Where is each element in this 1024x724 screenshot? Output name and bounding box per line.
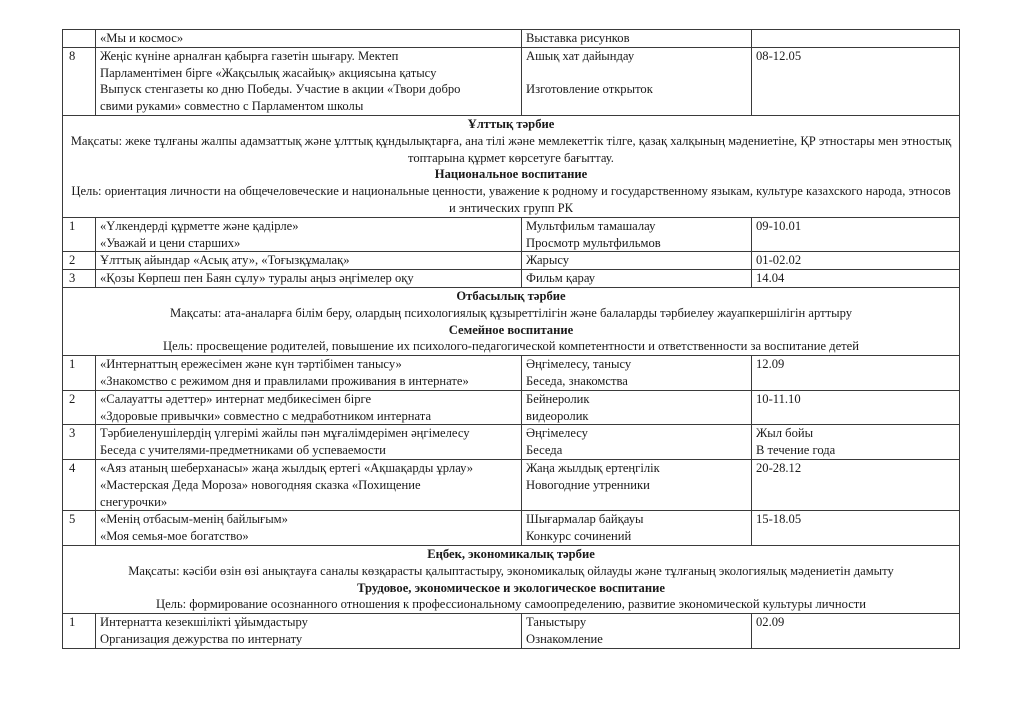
event-form-line: Изготовление открыток xyxy=(526,81,747,98)
event-form-cell: ТаныстыруОзнакомление xyxy=(522,614,752,649)
event-date-cell: 01-02.02 xyxy=(752,252,960,270)
event-date-line: 10-11.10 xyxy=(756,391,955,408)
section-title-ru: Национальное воспитание xyxy=(69,166,953,183)
event-date-cell: 08-12.05 xyxy=(752,47,960,115)
event-name-line: Ұлттық айындар «Асық ату», «Тоғызқұмалақ… xyxy=(100,252,517,269)
section-header-row: Еңбек, экономикалық тәрбие Мақсаты: кәсі… xyxy=(63,545,960,613)
row-number: 1 xyxy=(63,217,96,252)
event-form-cell: Шығармалар байқауыКонкурс сочинений xyxy=(522,511,752,546)
event-name-line: «Қозы Көрпеш пен Баян сұлу» туралы аңыз … xyxy=(100,270,517,287)
event-name-line: «Мастерская Деда Мороза» новогодняя сказ… xyxy=(100,477,517,494)
section-header-row: Ұлттық тәрбие Мақсаты: жеке тұлғаны жалп… xyxy=(63,115,960,217)
event-name-cell: «Аяз атаның шеберханасы» жаңа жылдық ерт… xyxy=(96,459,522,510)
event-form-line: Беседа xyxy=(526,442,747,459)
event-form-line: Бейнеролик xyxy=(526,391,747,408)
event-form-cell: Ашық хат дайындауИзготовление открыток xyxy=(522,47,752,115)
event-date-cell: Жыл бойыВ течение года xyxy=(752,425,960,460)
event-date-line: 20-28.12 xyxy=(756,460,955,477)
event-name-cell: Жеңіс күніне арналған қабырға газетін шы… xyxy=(96,47,522,115)
table-row: 8 Жеңіс күніне арналған қабырға газетін … xyxy=(63,47,960,115)
event-date-cell: 10-11.10 xyxy=(752,390,960,425)
event-name-line: Выпуск стенгазеты ко дню Победы. Участие… xyxy=(100,81,517,98)
event-date-cell: 14.04 xyxy=(752,270,960,288)
event-name-line: «Мы и космос» xyxy=(100,30,517,47)
plan-table: «Мы и космос» Выставка рисунков 8 Жеңіс … xyxy=(62,29,960,649)
event-form-cell: Фильм қарау xyxy=(522,270,752,288)
event-name-line: «Уважай и цени старших» xyxy=(100,235,517,252)
event-form-cell: Әңгімелесу, танысуБеседа, знакомства xyxy=(522,356,752,391)
event-date-cell: 09-10.01 xyxy=(752,217,960,252)
event-name-line: Парламентімен бірге «Жақсылық жасайық» а… xyxy=(100,65,517,82)
event-name-line: Жеңіс күніне арналған қабырға газетін шы… xyxy=(100,48,517,65)
table-row: «Мы и космос» Выставка рисунков xyxy=(63,30,960,48)
event-form-cell: Жарысу xyxy=(522,252,752,270)
event-form-line: видеоролик xyxy=(526,408,747,425)
table-row: 5 «Менің отбасым-менің байлығым»«Моя сем… xyxy=(63,511,960,546)
event-name-line: «Аяз атаның шеберханасы» жаңа жылдық ерт… xyxy=(100,460,517,477)
table-row: 1 «Үлкендерді құрметте және қадірле»«Ува… xyxy=(63,217,960,252)
event-name-line: свими руками» совместно с Парламентом шк… xyxy=(100,98,517,115)
event-date-line: 12.09 xyxy=(756,356,955,373)
event-form-cell: Выставка рисунков xyxy=(522,30,752,48)
table-row: 1 «Интернаттың ережесімен және күн тәрті… xyxy=(63,356,960,391)
row-number: 2 xyxy=(63,390,96,425)
event-date-cell: 12.09 xyxy=(752,356,960,391)
event-form-line: Фильм қарау xyxy=(526,270,747,287)
row-number: 3 xyxy=(63,425,96,460)
event-form-line: Ознакомление xyxy=(526,631,747,648)
event-form-line: Жаңа жылдық ертеңгілік xyxy=(526,460,747,477)
section-goal-ru: Цель: ориентация личности на общечеловеч… xyxy=(69,183,953,217)
event-form-cell: ӘңгімелесуБеседа xyxy=(522,425,752,460)
row-number: 5 xyxy=(63,511,96,546)
row-number xyxy=(63,30,96,48)
event-name-line: Организация дежурства по интернату xyxy=(100,631,517,648)
event-form-cell: Мультфильм тамашалауПросмотр мультфильмо… xyxy=(522,217,752,252)
event-form-line: Жарысу xyxy=(526,252,747,269)
row-number: 4 xyxy=(63,459,96,510)
event-form-line: Беседа, знакомства xyxy=(526,373,747,390)
event-name-line: «Салауатты әдеттер» интернат медбикесіме… xyxy=(100,391,517,408)
event-date-line: 15-18.05 xyxy=(756,511,955,528)
event-form-cell: Бейнероликвидеоролик xyxy=(522,390,752,425)
event-name-line: снегурочки» xyxy=(100,494,517,511)
section-goal-kz: Мақсаты: ата-аналарға білім беру, оларды… xyxy=(69,305,953,322)
section-title-ru: Семейное воспитание xyxy=(69,322,953,339)
event-date-cell: 20-28.12 xyxy=(752,459,960,510)
event-form-line: Әңгімелесу, танысу xyxy=(526,356,747,373)
event-name-cell: Интернатта кезекшілікті ұйымдастыруОрган… xyxy=(96,614,522,649)
event-date-line: Жыл бойы xyxy=(756,425,955,442)
document-page: «Мы и космос» Выставка рисунков 8 Жеңіс … xyxy=(62,29,959,649)
event-name-cell: «Салауатты әдеттер» интернат медбикесіме… xyxy=(96,390,522,425)
event-name-line: Интернатта кезекшілікті ұйымдастыру xyxy=(100,614,517,631)
event-form-line: Выставка рисунков xyxy=(526,30,747,47)
section-header-cell: Ұлттық тәрбие Мақсаты: жеке тұлғаны жалп… xyxy=(63,115,960,217)
event-name-line: «Интернаттың ережесімен және күн тәртібі… xyxy=(100,356,517,373)
event-date-line: 14.04 xyxy=(756,270,955,287)
row-number: 2 xyxy=(63,252,96,270)
table-row: 4 «Аяз атаның шеберханасы» жаңа жылдық е… xyxy=(63,459,960,510)
row-number: 1 xyxy=(63,614,96,649)
event-form-line: Просмотр мультфильмов xyxy=(526,235,747,252)
event-form-cell: Жаңа жылдық ертеңгілікНовогодние утренни… xyxy=(522,459,752,510)
row-number: 1 xyxy=(63,356,96,391)
event-name-cell: «Менің отбасым-менің байлығым»«Моя семья… xyxy=(96,511,522,546)
section-goal-kz: Мақсаты: жеке тұлғаны жалпы адамзаттық ж… xyxy=(69,133,953,167)
event-form-line xyxy=(526,65,747,82)
event-date-line: 08-12.05 xyxy=(756,48,955,65)
event-name-cell: «Мы и космос» xyxy=(96,30,522,48)
row-number: 8 xyxy=(63,47,96,115)
event-name-line: «Моя семья-мое богатство» xyxy=(100,528,517,545)
event-name-line: Тәрбиеленушілердің үлгерімі жайлы пән мұ… xyxy=(100,425,517,442)
event-name-cell: Тәрбиеленушілердің үлгерімі жайлы пән мұ… xyxy=(96,425,522,460)
event-name-line: «Менің отбасым-менің байлығым» xyxy=(100,511,517,528)
event-name-line: «Здоровые привычки» совместно с медработ… xyxy=(100,408,517,425)
event-form-line: Шығармалар байқауы xyxy=(526,511,747,528)
event-name-line: Беседа с учителями-предметниками об успе… xyxy=(100,442,517,459)
table-row: 3 Тәрбиеленушілердің үлгерімі жайлы пән … xyxy=(63,425,960,460)
table-row: 1 Интернатта кезекшілікті ұйымдастыруОрг… xyxy=(63,614,960,649)
event-date-cell: 02.09 xyxy=(752,614,960,649)
event-name-cell: Ұлттық айындар «Асық ату», «Тоғызқұмалақ… xyxy=(96,252,522,270)
event-date-line: В течение года xyxy=(756,442,955,459)
section-title-kz: Отбасылық тәрбие xyxy=(69,288,953,305)
event-name-cell: «Интернаттың ережесімен және күн тәртібі… xyxy=(96,356,522,391)
section-title-kz: Еңбек, экономикалық тәрбие xyxy=(69,546,953,563)
section-title-ru: Трудовое, экономическое и экологическое … xyxy=(69,580,953,597)
event-form-line: Новогодние утренники xyxy=(526,477,747,494)
section-header-cell: Еңбек, экономикалық тәрбие Мақсаты: кәсі… xyxy=(63,545,960,613)
section-header-row: Отбасылық тәрбие Мақсаты: ата-аналарға б… xyxy=(63,287,960,355)
event-name-cell: «Қозы Көрпеш пен Баян сұлу» туралы аңыз … xyxy=(96,270,522,288)
event-form-line: Таныстыру xyxy=(526,614,747,631)
event-date-cell: 15-18.05 xyxy=(752,511,960,546)
event-form-line: Ашық хат дайындау xyxy=(526,48,747,65)
row-number: 3 xyxy=(63,270,96,288)
event-date-line: 01-02.02 xyxy=(756,252,955,269)
section-goal-ru: Цель: формирование осознанного отношения… xyxy=(69,596,953,613)
table-row: 2 «Салауатты әдеттер» интернат медбикесі… xyxy=(63,390,960,425)
event-date-line: 02.09 xyxy=(756,614,955,631)
event-name-line: «Үлкендерді құрметте және қадірле» xyxy=(100,218,517,235)
event-name-cell: «Үлкендерді құрметте және қадірле»«Уважа… xyxy=(96,217,522,252)
event-date-line: 09-10.01 xyxy=(756,218,955,235)
table-row: 3 «Қозы Көрпеш пен Баян сұлу» туралы аңы… xyxy=(63,270,960,288)
event-form-line: Әңгімелесу xyxy=(526,425,747,442)
event-form-line: Конкурс сочинений xyxy=(526,528,747,545)
section-goal-kz: Мақсаты: кәсіби өзін өзі анықтауға санал… xyxy=(69,563,953,580)
event-name-line: «Знакомство с режимом дня и правлилами п… xyxy=(100,373,517,390)
event-date-cell xyxy=(752,30,960,48)
section-goal-ru: Цель: просвещение родителей, повышение и… xyxy=(69,338,953,355)
section-title-kz: Ұлттық тәрбие xyxy=(69,116,953,133)
event-form-line: Мультфильм тамашалау xyxy=(526,218,747,235)
section-header-cell: Отбасылық тәрбие Мақсаты: ата-аналарға б… xyxy=(63,287,960,355)
table-row: 2 Ұлттық айындар «Асық ату», «Тоғызқұмал… xyxy=(63,252,960,270)
